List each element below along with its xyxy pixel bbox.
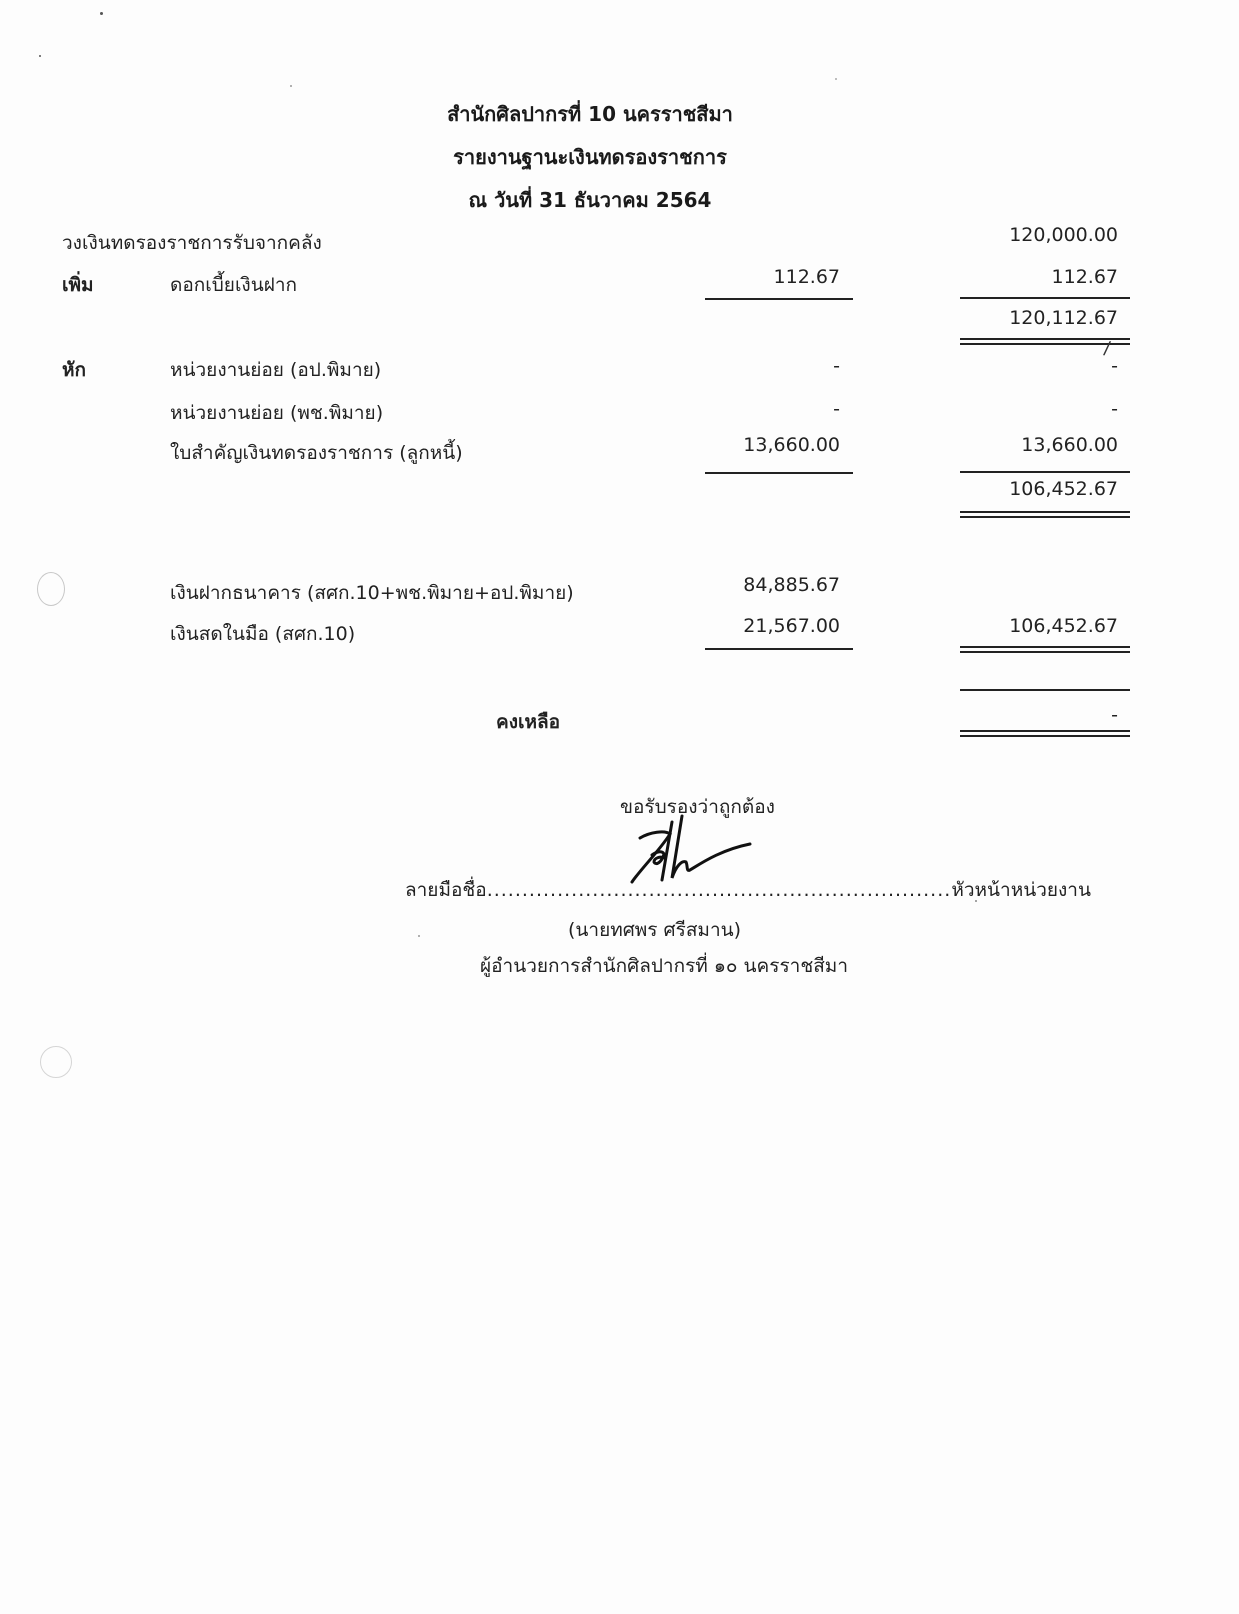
deduct-subtotal: 106,452.67	[960, 478, 1118, 500]
organization-title: สำนักศิลปากรที่ 10 นครราชสีมา	[0, 98, 1180, 130]
add-subtotal: 120,112.67	[960, 307, 1118, 329]
interest-detail: 112.67	[700, 266, 840, 288]
composition-total: 106,452.67	[960, 615, 1118, 637]
underline	[960, 471, 1130, 473]
balance-value: -	[960, 704, 1118, 726]
scan-speck	[290, 85, 292, 87]
deduct-item-detail: 13,660.00	[700, 434, 840, 456]
underline	[960, 297, 1130, 299]
bank-deposit-label: เงินฝากธนาคาร (สศก.10+พช.พิมาย+อป.พิมาย)	[170, 578, 574, 608]
underline	[705, 298, 853, 300]
opening-label: วงเงินทดรองราชการรับจากคลัง	[62, 228, 322, 258]
report-date: ณ วันที่ 31 ธันวาคม 2564	[0, 184, 1180, 216]
interest-total: 112.67	[960, 266, 1118, 288]
opening-total: 120,000.00	[960, 224, 1118, 246]
scan-speck	[100, 12, 103, 15]
cash-on-hand-label: เงินสดในมือ (สศก.10)	[170, 619, 355, 649]
cash-on-hand-detail: 21,567.00	[700, 615, 840, 637]
underline	[705, 648, 853, 650]
scan-speck	[39, 55, 41, 57]
underline	[960, 689, 1130, 691]
signer-title: ผู้อำนวยการสำนักศิลปากรที่ ๑๐ นครราชสีมา	[480, 951, 848, 981]
deduct-item-total: -	[960, 355, 1118, 377]
deduct-item-total: -	[960, 398, 1118, 420]
scan-speck	[835, 78, 837, 80]
handwritten-signature	[610, 810, 770, 890]
add-heading: เพิ่ม	[62, 270, 94, 300]
underline	[705, 472, 853, 474]
position-label: หัวหน้าหน่วยงาน	[951, 879, 1091, 901]
deduct-item-detail: -	[700, 355, 840, 377]
scan-speck	[418, 935, 420, 937]
deduct-item-label: หน่วยงานย่อย (อป.พิมาย)	[170, 355, 381, 385]
balance-label: คงเหลือ	[496, 707, 560, 737]
report-title: รายงานฐานะเงินทดรองราชการ	[0, 141, 1180, 173]
deduct-item-total: 13,660.00	[960, 434, 1118, 456]
deduct-item-detail: -	[700, 398, 840, 420]
double-underline	[960, 730, 1130, 737]
deduct-item-label: ใบสำคัญเงินทดรองราชการ (ลูกหนี้)	[170, 438, 463, 468]
double-underline	[960, 511, 1130, 518]
bank-deposit-detail: 84,885.67	[700, 574, 840, 596]
signer-name: (นายทศพร ศรีสมาน)	[568, 915, 741, 945]
interest-label: ดอกเบี้ยเงินฝาก	[170, 270, 297, 300]
hole-punch-mark	[40, 1046, 72, 1078]
hole-punch-mark	[37, 572, 65, 606]
deduct-item-label: หน่วยงานย่อย (พช.พิมาย)	[170, 398, 383, 428]
double-underline	[960, 646, 1130, 653]
signature-label-text: ลายมือชื่อ	[405, 879, 487, 901]
deduct-heading: หัก	[62, 355, 86, 385]
